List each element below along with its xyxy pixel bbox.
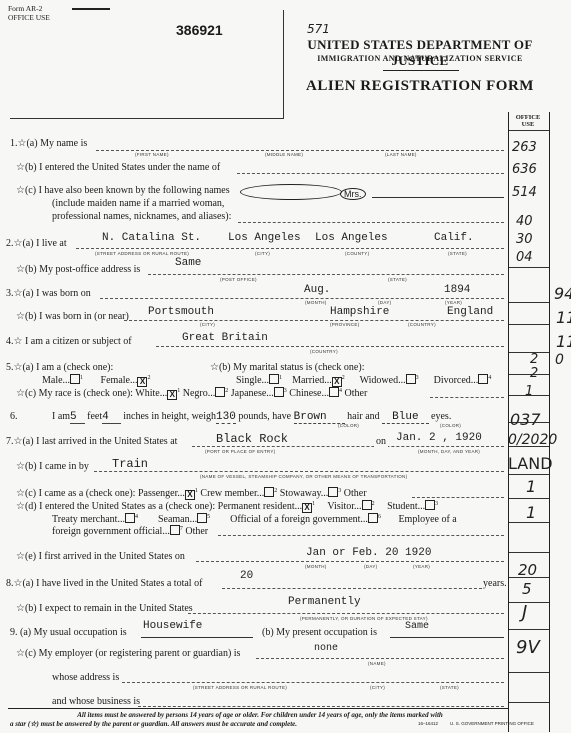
caption-province: (PROVINCE): [330, 322, 360, 327]
hair-color-field[interactable]: Brown: [294, 411, 345, 424]
q7d-row: ☆(d) I entered the United States as a (c…: [16, 500, 438, 513]
form-id: Form AR-2: [8, 4, 42, 13]
q6-num: 6.: [10, 411, 18, 422]
footer-printer: U. S. GOVERNMENT PRINTING OFFICE: [450, 721, 534, 726]
visitor-label: Visitor...: [327, 501, 361, 512]
q2b-label: ☆(b) My post-office address is: [16, 264, 140, 275]
caption-color-eyes: (COLOR): [440, 423, 461, 428]
footer-instructions-1: All items must be answered by persons 14…: [10, 711, 510, 719]
caption-name: (NAME): [368, 661, 386, 666]
q7e-value: Jan or Feb. 20 1920: [306, 547, 431, 559]
q7a-on: on: [374, 436, 388, 447]
office-box-bottom: [10, 118, 283, 119]
q4-label: 4.☆ I am a citizen or subject of: [6, 336, 132, 347]
q8b-label: ☆(b) I expect to remain in the United St…: [16, 603, 193, 614]
caption-mdy: (MONTH, DAY, AND YEAR): [418, 449, 480, 454]
caption-month-2: (MONTH): [305, 564, 327, 569]
weight-field[interactable]: 130: [216, 411, 236, 424]
caption-year: (YEAR): [445, 300, 462, 305]
caption-first-name: (FIRST NAME): [135, 152, 169, 157]
q3a-month: Aug.: [304, 284, 330, 296]
q3a-birthdate-field[interactable]: [100, 298, 504, 299]
foreign-official-label: foreign government official...: [52, 526, 170, 537]
crew-label: Crew member...: [200, 488, 264, 499]
negro-checkbox[interactable]: [215, 387, 225, 397]
caption-country-2: (COUNTRY): [310, 349, 338, 354]
race-other-label: Other: [345, 388, 368, 399]
chinese-label: Chinese...: [289, 388, 329, 399]
header-rule: [72, 8, 110, 10]
service-title: IMMIGRATION AND NATURALIZATION SERVICE: [300, 54, 540, 63]
q3b-country: England: [447, 306, 493, 318]
q3b-label: ☆(b) I was born in (or near): [16, 311, 129, 322]
margin-mark-2: 11: [556, 308, 571, 327]
chinese-checkbox[interactable]: [329, 387, 339, 397]
japanese-checkbox[interactable]: [274, 387, 284, 397]
q7d-row-2: Treaty merchant...4 Seaman...5 Official …: [52, 513, 457, 525]
serial-number: 386921: [176, 22, 223, 38]
office-code-12: 2: [530, 366, 538, 381]
office-code-18: 1: [526, 503, 536, 522]
married-checkbox[interactable]: X: [332, 377, 342, 387]
q9-employer-address-field[interactable]: [122, 682, 504, 683]
caption-year-2: (YEAR): [413, 564, 430, 569]
employee-label: Employee of a: [398, 514, 456, 525]
seaman-checkbox[interactable]: [197, 513, 207, 523]
q4-citizenship-field[interactable]: [156, 346, 504, 347]
office-code-13: 1: [525, 384, 533, 399]
q4-value: Great Britain: [182, 332, 268, 344]
margin-mark-1: 94: [554, 284, 571, 303]
q9-address-label: whose address is: [52, 672, 119, 683]
permanent-checkbox[interactable]: X: [302, 503, 312, 513]
q8b-duration-field[interactable]: [188, 613, 504, 614]
q6-text-6: eyes.: [431, 411, 451, 422]
white-checkbox[interactable]: X: [167, 390, 177, 400]
caption-city-2: (CITY): [200, 322, 215, 327]
q6-text-2: feet: [87, 411, 102, 422]
q3b-birthplace-field[interactable]: [124, 320, 504, 321]
office-use-label: OFFICE USE: [8, 13, 50, 22]
stowaway-checkbox[interactable]: [328, 487, 338, 497]
q6-row: I am5 feet4 inches in height, weigh130 p…: [52, 411, 451, 423]
office-code-11: 2: [530, 352, 538, 367]
passenger-checkbox[interactable]: X: [185, 490, 195, 500]
divorced-label: Divorced...: [434, 375, 479, 386]
footer-rule: [8, 708, 508, 709]
foreign-official-checkbox[interactable]: [170, 525, 180, 535]
male-label: Male...: [42, 375, 70, 386]
japanese-label: Japanese...: [231, 388, 274, 399]
caption-middle-name: (MIDDLE NAME): [265, 152, 303, 157]
q9a-label: 9. (a) My usual occupation is: [10, 627, 127, 638]
office-code-15: 0/2020: [508, 432, 557, 448]
q1a-name-field[interactable]: [96, 150, 504, 151]
height-inches-field[interactable]: 4: [102, 411, 121, 424]
white-label: White...: [135, 388, 167, 399]
female-label: Female...: [101, 375, 138, 386]
q6-text-5: hair and: [347, 411, 380, 422]
q9a-value: Housewife: [143, 620, 202, 632]
office-box-right: [283, 10, 284, 119]
q5a-options: Male...1 Female...X2: [42, 374, 150, 387]
q7d-label: ☆(d) I entered the United States as a (c…: [16, 501, 215, 512]
male-checkbox[interactable]: [70, 374, 80, 384]
q9c-employer-field[interactable]: [256, 658, 504, 659]
q9b-value: Same: [405, 621, 429, 632]
widowed-checkbox[interactable]: [406, 374, 416, 384]
office-code-14: 037: [510, 410, 541, 429]
q7d-row-3: foreign government official...7 Other: [52, 525, 208, 537]
q9c-value: none: [314, 643, 338, 654]
q8b-value: Permanently: [288, 596, 361, 608]
race-other-field[interactable]: [430, 397, 504, 398]
q2a-city: Los Angeles: [228, 232, 301, 244]
q1c-label-2: (include maiden name if a married woman,: [52, 198, 224, 209]
caption-city: (CITY): [255, 251, 270, 256]
q2a-street: N. Catalina St.: [102, 232, 201, 244]
caption-month: (MONTH): [305, 300, 327, 305]
caption-day: (DAY): [378, 300, 391, 305]
entry-other-field[interactable]: [218, 535, 504, 536]
caption-street: (STREET ADDRESS OR RURAL ROUTE): [95, 251, 189, 256]
q2a-county: Los Angeles: [315, 232, 388, 244]
student-label: Student...: [387, 501, 425, 512]
q2b-post-office-field[interactable]: [148, 274, 504, 275]
office-code-23: 9V: [516, 637, 540, 658]
q1c-aliases-field[interactable]: [372, 197, 504, 198]
q6-text-3: inches in height, weigh: [123, 411, 216, 422]
caption-last-name: (LAST NAME): [385, 152, 417, 157]
treaty-label: Treaty merchant...: [52, 514, 125, 525]
visitor-checkbox[interactable]: [362, 500, 372, 510]
entry-other-label: Other: [185, 526, 208, 537]
q1a-label: 1.☆(a) My name is: [10, 138, 87, 149]
office-code-1: 263: [512, 140, 537, 155]
q8a-value: 20: [240, 570, 253, 582]
q2a-label: 2.☆(a) I live at: [6, 238, 67, 249]
q3b-city: Portsmouth: [148, 306, 214, 318]
official-checkbox[interactable]: [368, 513, 378, 523]
q2b-value: Same: [175, 257, 201, 269]
q7a-label: 7.☆(a) I last arrived in the United Stat…: [6, 436, 177, 447]
q7c-label: ☆(c) I came as a (check one):: [16, 488, 135, 499]
caption-state: (STATE): [448, 251, 467, 256]
negro-label: Negro...: [183, 388, 216, 399]
official-label: Official of a foreign government...: [230, 514, 368, 525]
q2a-address-field[interactable]: [76, 248, 504, 249]
caption-street-2: (STREET ADDRESS OR RURAL ROUTE): [193, 685, 287, 690]
q8a-unit: years.: [483, 578, 507, 589]
office-code-6: 04: [516, 250, 533, 265]
office-code-2: 636: [512, 162, 537, 177]
q9b-label: (b) My present occupation is: [262, 627, 377, 638]
female-checkbox[interactable]: X: [137, 377, 147, 387]
margin-mark-3: 11: [556, 332, 571, 351]
q5a-label: 5.☆(a) I am a (check one):: [6, 362, 113, 373]
q9c-label: ☆(c) My employer (or registering parent …: [16, 648, 240, 659]
married-label: Married...: [292, 375, 332, 386]
q3a-year: 1894: [444, 284, 470, 296]
student-checkbox[interactable]: [425, 500, 435, 510]
height-feet-field[interactable]: 5: [70, 411, 85, 424]
widowed-label: Widowed...: [360, 375, 406, 386]
q7a-port: Black Rock: [216, 432, 288, 446]
q9b-present-occupation-field[interactable]: [390, 637, 504, 638]
q5c-row: ☆(c) My race is (check one): White...X1 …: [16, 387, 367, 400]
caption-city-3: (CITY): [370, 685, 385, 690]
permanent-label: Permanent resident...: [218, 501, 302, 512]
redaction-oval: [240, 184, 342, 200]
q1c-label: ☆(c) I have also been known by the follo…: [16, 185, 230, 196]
q7c-row: ☆(c) I came as a (check one): Passenger.…: [16, 487, 367, 500]
q5b-label: ☆(b) My marital status is (check one):: [210, 362, 364, 373]
caption-county: (COUNTY): [345, 251, 369, 256]
eye-color-field[interactable]: Blue: [382, 411, 428, 424]
title-rule: [383, 70, 459, 71]
stowaway-label: Stowaway...: [280, 488, 329, 499]
q8a-label: 8.☆(a) I have lived in the United States…: [6, 578, 202, 589]
q1c-aliases-field-2[interactable]: [238, 222, 504, 223]
caption-state-2: (STATE): [388, 277, 407, 282]
q3a-label: 3.☆(a) I was born on: [6, 288, 91, 299]
crew-checkbox[interactable]: [264, 487, 274, 497]
form-title: ALIEN REGISTRATION FORM: [300, 78, 540, 95]
single-label: Single...: [236, 375, 269, 386]
q9-employer-business-field[interactable]: [138, 706, 504, 707]
office-code-21: 5: [522, 580, 532, 598]
office-code-3: 514: [512, 185, 537, 200]
q3b-province: Hampshire: [330, 306, 389, 318]
caption-day-2: (DAY): [364, 564, 377, 569]
divorced-checkbox[interactable]: [478, 374, 488, 384]
q5b-options: Single...1 Married...X2 Widowed...3 Divo…: [236, 374, 491, 387]
q6-text-4: pounds, have: [238, 411, 291, 422]
arrival-other-label: Other: [344, 488, 367, 499]
department-title: UNITED STATES DEPARTMENT OF JUSTICE: [300, 37, 540, 69]
q9-business-label: and whose business is: [52, 696, 140, 707]
caption-vessel: (NAME OF VESSEL, STEAMSHIP COMPANY, OR O…: [200, 474, 407, 479]
passenger-label: Passenger...: [138, 488, 185, 499]
handwritten-number: 571: [307, 22, 330, 36]
q1b-entry-name-field[interactable]: [237, 173, 504, 174]
caption-post-office: (POST OFFICE): [220, 277, 257, 282]
q7b-label: ☆(b) I came in by: [16, 461, 89, 472]
caption-state-3: (STATE): [440, 685, 459, 690]
footer-instructions-2: a star (☆) must be answered by the paren…: [10, 720, 297, 728]
office-code-22: J: [522, 602, 527, 623]
office-code-16: LAND: [508, 454, 553, 473]
q1c-label-3: professional names, nicknames, and alias…: [52, 211, 231, 222]
q5c-label: ☆(c) My race is (check one):: [16, 388, 133, 399]
single-checkbox[interactable]: [269, 374, 279, 384]
q7b-transport-field[interactable]: [94, 471, 504, 472]
office-code-17: 1: [526, 477, 536, 496]
margin-mark-4: 0: [555, 352, 564, 368]
q7a-date: Jan. 2 , 1920: [396, 432, 482, 444]
treaty-checkbox[interactable]: [125, 513, 135, 523]
footer-print-code: 16–16412: [418, 721, 438, 726]
caption-color-hair: (COLOR): [338, 423, 359, 428]
q7b-value: Train: [112, 457, 148, 471]
q7a-port-field[interactable]: [192, 446, 504, 447]
q2a-state: Calif.: [434, 232, 474, 244]
seaman-label: Seaman...: [158, 514, 197, 525]
office-code-4: 40: [516, 214, 533, 229]
q1c-value: Mrs.: [340, 188, 366, 200]
office-code-20: 20: [518, 561, 537, 579]
caption-country: (COUNTRY): [408, 322, 436, 327]
q1b-label: ☆(b) I entered the United States under t…: [16, 162, 220, 173]
q8a-years-field[interactable]: [222, 588, 482, 589]
arrival-other-field[interactable]: [412, 497, 504, 498]
q9a-occupation-field[interactable]: [141, 637, 253, 638]
q7e-first-arrival-field[interactable]: [196, 561, 504, 562]
q6-text-1: I am: [52, 411, 70, 422]
q7e-label: ☆(e) I first arrived in the United State…: [16, 551, 185, 562]
caption-port: (PORT OR PLACE OF ENTRY): [205, 449, 275, 454]
office-code-5: 30: [516, 232, 533, 247]
